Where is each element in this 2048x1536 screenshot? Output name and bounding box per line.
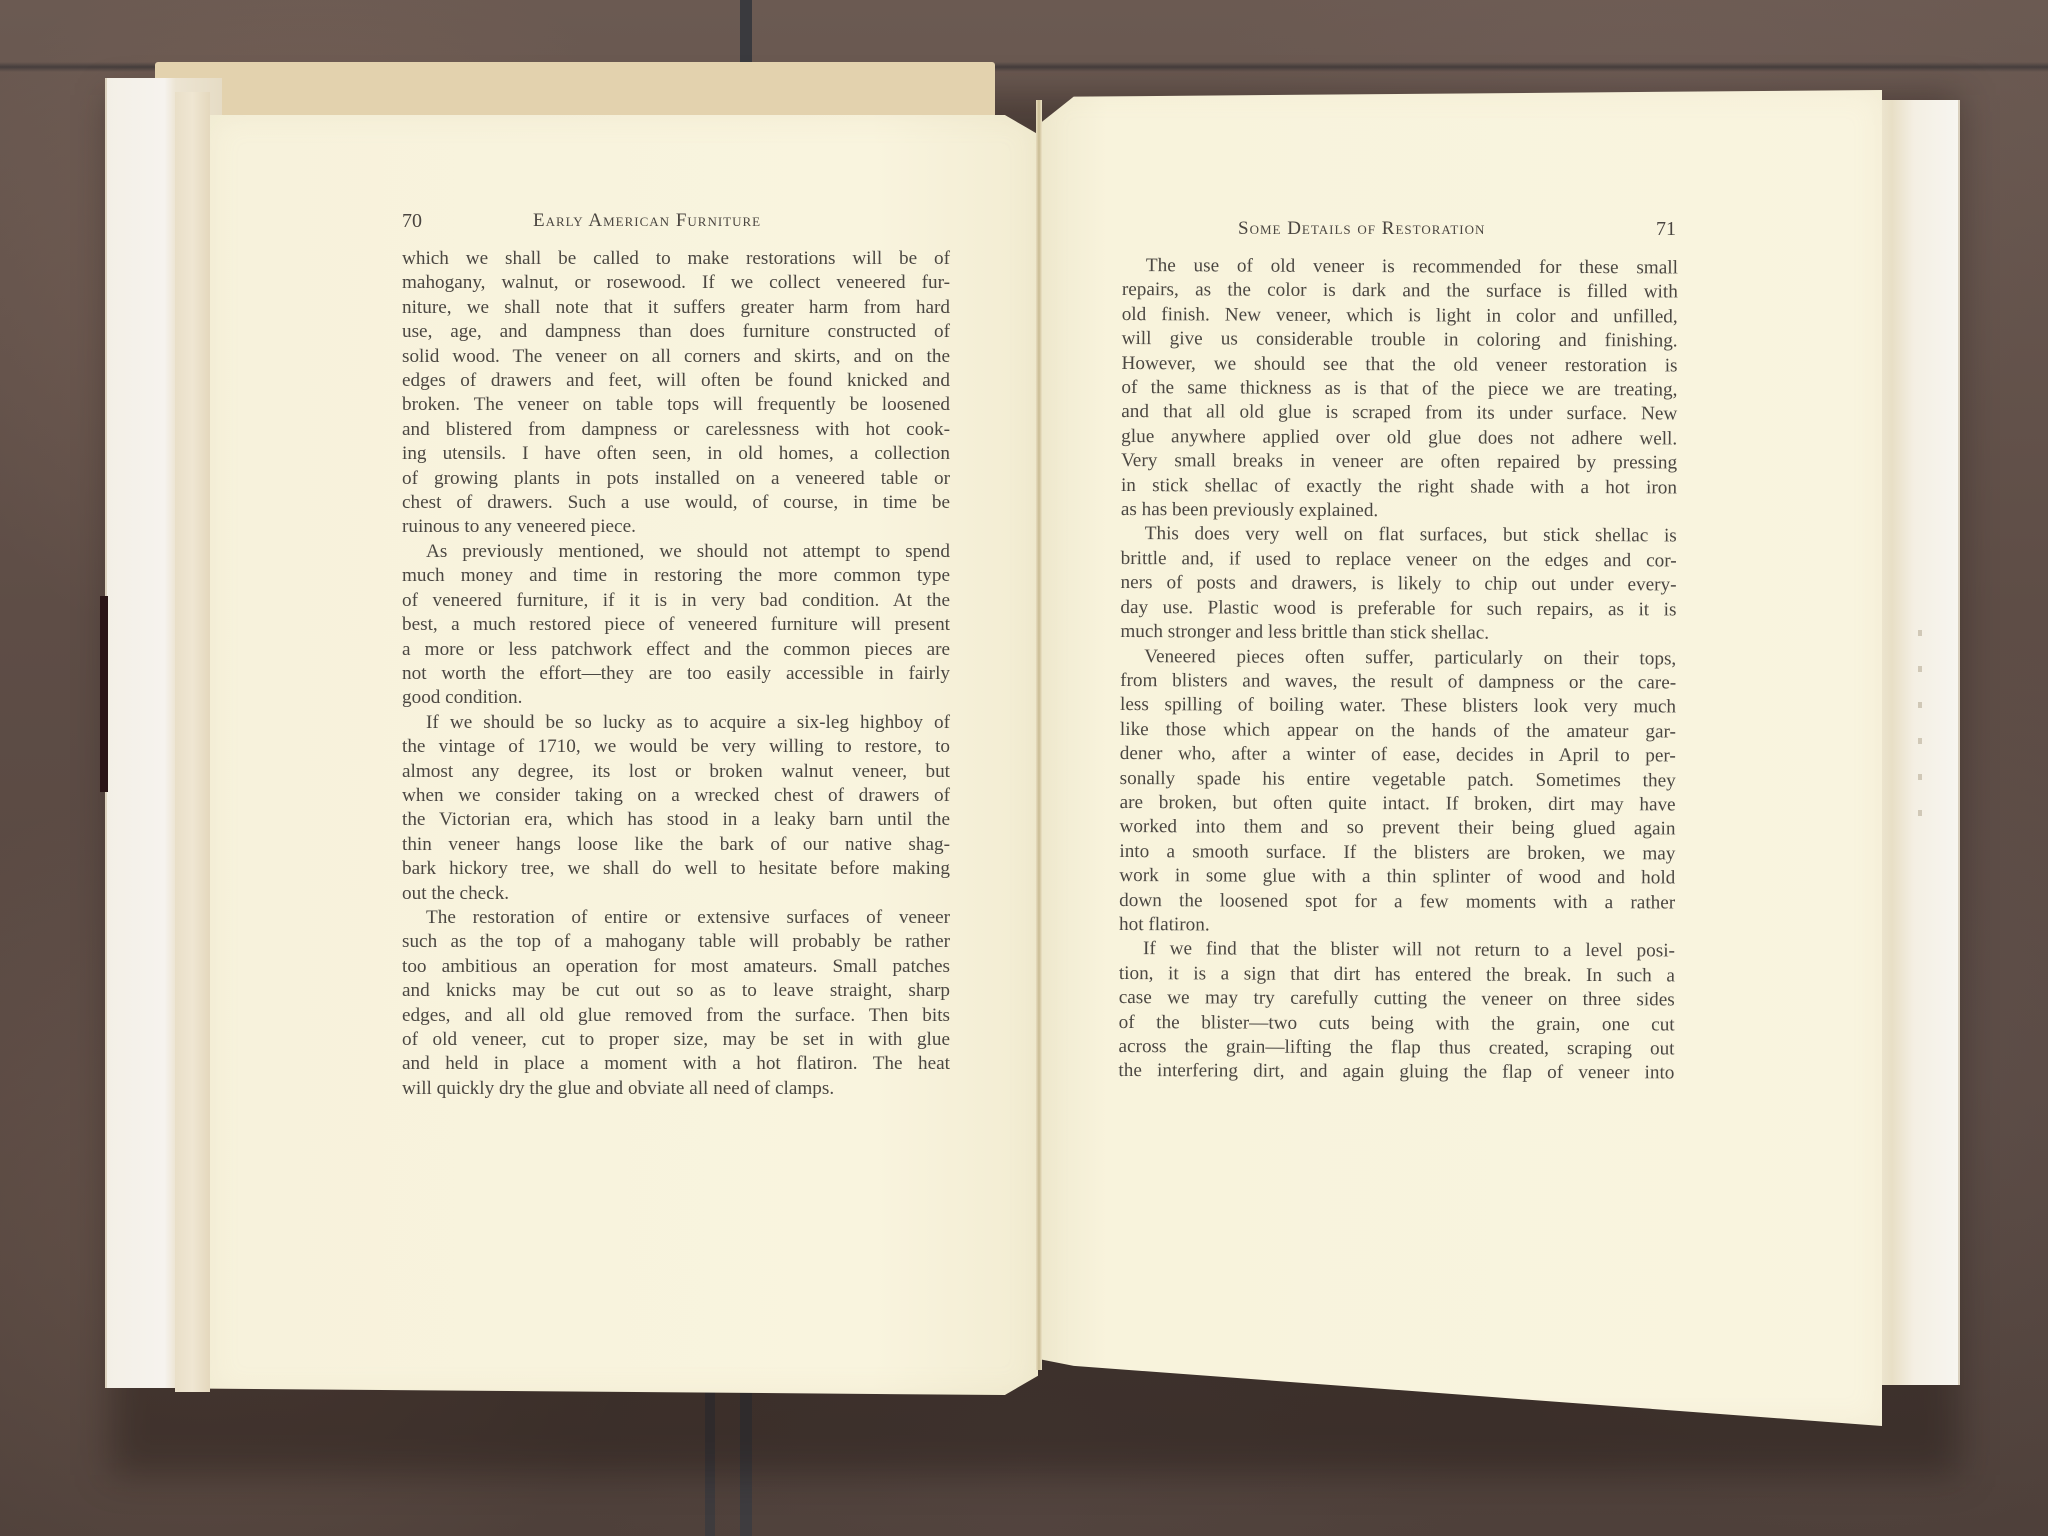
text-line: ing utensils. I have often seen, in old …	[402, 442, 950, 466]
text-line: which we shall be called to make restora…	[402, 247, 950, 271]
text-line: of the same thickness as is that of the …	[1121, 376, 1677, 403]
text-line: Very small breaks in veneer are often re…	[1121, 449, 1677, 476]
right-cover	[1870, 100, 1960, 1385]
left-page-number: 70	[402, 210, 422, 233]
text-line: like those which appear on the hands of …	[1120, 718, 1676, 745]
text-line: ners of posts and drawers, is likely to …	[1121, 571, 1677, 598]
text-line: glue anywhere applied over old glue does…	[1121, 425, 1677, 452]
text-line: the interfering dirt, and again gluing t…	[1118, 1059, 1674, 1086]
paragraph: The use of old veneer is recommended for…	[1121, 254, 1678, 525]
text-line: and blistered from dampness or carelessn…	[402, 418, 950, 442]
text-line: and knicks may be cut out so as to leave…	[402, 979, 950, 1003]
text-line: much stronger and less brittle than stic…	[1120, 620, 1676, 647]
text-line: such as the top of a mahogany table will…	[402, 930, 950, 954]
left-cover-tab	[100, 596, 108, 792]
text-line: from blisters and waves, the result of d…	[1120, 669, 1676, 696]
text-line: bark hickory tree, we shall do well to h…	[402, 857, 950, 881]
paragraph: Veneered pieces often suffer, particular…	[1119, 644, 1676, 939]
text-line: the Victorian era, which has stood in a …	[402, 808, 950, 832]
text-line: too ambitious an operation for most amat…	[402, 955, 950, 979]
text-line: edges of drawers and feet, will often be…	[402, 369, 950, 393]
text-line: less spilling of boiling water. These bl…	[1120, 693, 1676, 720]
text-line: best, a much restored piece of veneered …	[402, 613, 950, 637]
right-edge-marks	[1918, 600, 1922, 840]
text-line: into a smooth surface. If the blisters a…	[1119, 840, 1675, 867]
text-line: hot flatiron.	[1119, 913, 1675, 940]
text-line: when we consider taking on a wrecked che…	[402, 784, 950, 808]
text-line: However, we should see that the old vene…	[1121, 352, 1677, 379]
text-line: The restoration of entire or extensive s…	[402, 906, 950, 930]
right-page-body: The use of old veneer is recommended for…	[1118, 254, 1678, 1086]
text-line: of the blister—two cuts being with the g…	[1119, 1011, 1675, 1038]
text-line: niture, we shall note that it suffers gr…	[402, 296, 950, 320]
text-line: work in some glue with a thin splinter o…	[1119, 864, 1675, 891]
text-line: sonally spade his entire vegetable patch…	[1120, 767, 1676, 794]
text-line: much money and time in restoring the mor…	[402, 564, 950, 588]
left-page-body: which we shall be called to make restora…	[402, 247, 950, 1101]
gutter	[1036, 100, 1042, 1370]
text-line: tion, it is a sign that dirt has entered…	[1119, 962, 1675, 989]
left-running-head: Early American Furniture	[533, 210, 761, 232]
text-line: ruinous to any veneered piece.	[402, 515, 950, 539]
text-line: day use. Plastic wood is preferable for …	[1120, 596, 1676, 623]
text-line: case we may try carefully cutting the ve…	[1119, 986, 1675, 1013]
text-line: This does very well on flat surfaces, bu…	[1121, 522, 1677, 549]
text-line: If we should be so lucky as to acquire a…	[402, 711, 950, 735]
left-page-stack-edge	[175, 92, 210, 1392]
text-line: the vintage of 1710, we would be very wi…	[402, 735, 950, 759]
text-line: old finish. New veneer, which is light i…	[1122, 303, 1678, 330]
text-line: chest of drawers. Such a use would, of c…	[402, 491, 950, 515]
text-line: are broken, but often quite intact. If b…	[1120, 791, 1676, 818]
text-line: of old veneer, cut to proper size, may b…	[402, 1028, 950, 1052]
text-line: As previously mentioned, we should not a…	[402, 540, 950, 564]
text-line: of growing plants in pots installed on a…	[402, 467, 950, 491]
text-line: dener who, after a winter of ease, decid…	[1120, 742, 1676, 769]
text-line: brittle and, if used to replace veneer o…	[1121, 547, 1677, 574]
text-line: repairs, as the color is dark and the su…	[1122, 278, 1678, 305]
text-line: and that all old glue is scraped from it…	[1121, 400, 1677, 427]
text-line: edges, and all old glue removed from the…	[402, 1004, 950, 1028]
text-line: broken. The veneer on table tops will fr…	[402, 393, 950, 417]
text-line: of veneered furniture, if it is in very …	[402, 589, 950, 613]
text-line: worked into them and so prevent their be…	[1119, 815, 1675, 842]
text-line: a more or less patchwork effect and the …	[402, 638, 950, 662]
text-line: almost any degree, its lost or broken wa…	[402, 760, 950, 784]
text-line: mahogany, walnut, or rosewood. If we col…	[402, 271, 950, 295]
text-line: solid wood. The veneer on all corners an…	[402, 345, 950, 369]
text-line: out the check.	[402, 882, 950, 906]
text-line: If we find that the blister will not ret…	[1119, 937, 1675, 964]
text-line: thin veneer hangs loose like the bark of…	[402, 833, 950, 857]
text-line: Veneered pieces often suffer, particular…	[1120, 644, 1676, 671]
text-line: as has been previously explained.	[1121, 498, 1677, 525]
text-line: across the grain—lifting the flap thus c…	[1118, 1035, 1674, 1062]
text-line: in stick shellac of exactly the right sh…	[1121, 474, 1677, 501]
text-line: use, age, and dampness than does furnitu…	[402, 320, 950, 344]
paragraph: This does very well on flat surfaces, bu…	[1120, 522, 1677, 646]
paragraph: which we shall be called to make restora…	[402, 247, 950, 540]
text-line: down the loosened spot for a few moments…	[1119, 889, 1675, 916]
paragraph: If we should be so lucky as to acquire a…	[402, 711, 950, 906]
right-page-number: 71	[1656, 218, 1676, 241]
text-line: good condition.	[402, 686, 950, 710]
text-line: will give us considerable trouble in col…	[1122, 327, 1678, 354]
text-line: The use of old veneer is recommended for…	[1122, 254, 1678, 281]
paragraph: If we find that the blister will not ret…	[1118, 937, 1675, 1086]
text-line: and held in place a moment with a hot fl…	[402, 1052, 950, 1076]
text-line: not worth the effort—they are too easily…	[402, 662, 950, 686]
paragraph: As previously mentioned, we should not a…	[402, 540, 950, 711]
text-line: will quickly dry the glue and obviate al…	[402, 1077, 950, 1101]
right-running-head: Some Details of Restoration	[1238, 218, 1485, 240]
paragraph: The restoration of entire or extensive s…	[402, 906, 950, 1101]
